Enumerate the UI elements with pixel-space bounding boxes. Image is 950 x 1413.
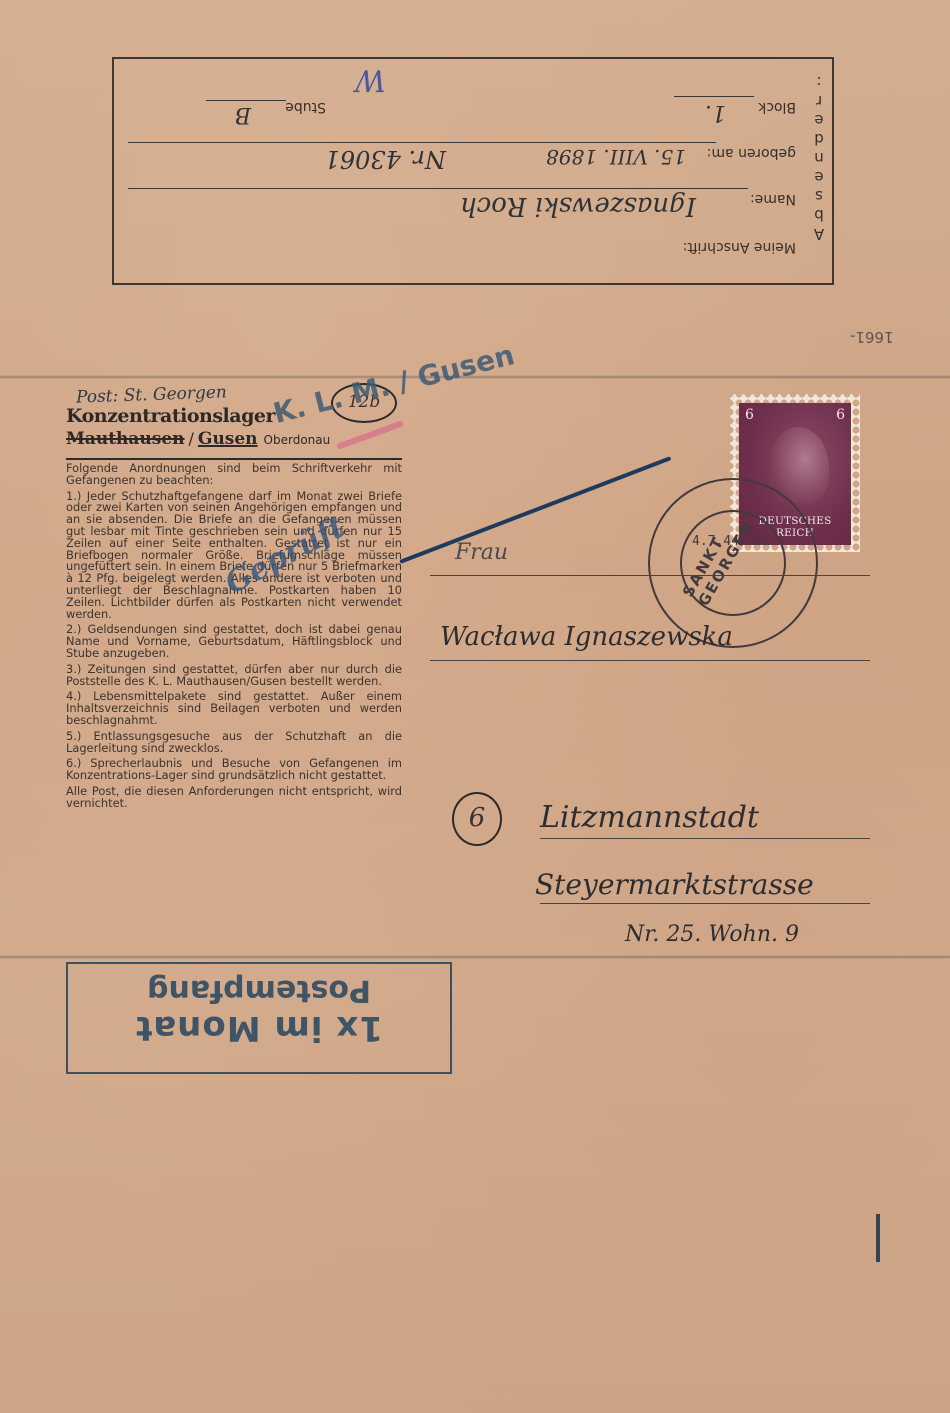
district-number: 6	[452, 792, 502, 846]
name-value: Ignaszewski Roch	[460, 191, 696, 221]
recipient-city: Litzmannstadt	[540, 800, 759, 835]
regulation-item: 6.) Sprecherlaubnis und Besuche von Gefa…	[66, 758, 402, 782]
stamp-denomination-left: 6	[745, 407, 754, 423]
sender-box: Absender: Meine Anschrift: Name: Ignasze…	[112, 57, 834, 285]
block-label: Block	[758, 99, 796, 115]
monthly-mail-stamp: 1x im Monat Postempfang	[66, 962, 452, 1074]
camp-name: Gusen	[198, 429, 258, 449]
name-label: Name:	[750, 191, 796, 207]
regulations-intro: Folgende Anordnungen sind beim Schriftve…	[66, 463, 402, 487]
block-value: 1.	[705, 100, 726, 125]
recipient-name: Wacława Ignaszewska	[440, 622, 733, 652]
recipient-street: Steyermarktstrasse	[535, 868, 814, 901]
regulation-item: 3.) Zeitungen sind gestattet, dürfen abe…	[66, 664, 402, 688]
monthly-stamp-line1: 1x im Monat	[68, 1008, 450, 1048]
room-value: B	[235, 102, 251, 127]
camp-title: Konzentrationslager	[66, 405, 275, 427]
divider	[66, 458, 402, 460]
region: Oberdonau	[264, 433, 331, 447]
room-label: Stube	[285, 99, 326, 115]
blue-check-mark: W	[355, 62, 386, 97]
address-label: Meine Anschrift:	[683, 239, 796, 255]
regulation-item: 1.) Jeder Schutzhaftgefangene darf im Mo…	[66, 491, 402, 621]
prisoner-number: Nr. 43061	[325, 145, 446, 173]
recipient-salutation: Frau	[455, 540, 508, 565]
regulations-text: Folgende Anordnungen sind beim Schriftve…	[66, 463, 402, 814]
fold-line	[0, 955, 950, 959]
postmark-date: 4.7.44.-12	[692, 534, 770, 549]
sender-heading: Absender:	[810, 72, 836, 243]
regulations-closing: Alle Post, die diesen Anforderungen nich…	[66, 786, 402, 810]
regulation-item: 2.) Geldsendungen sind gestattet, doch i…	[66, 624, 402, 659]
recipient-house-number: Nr. 25. Wohn. 9	[625, 922, 799, 947]
birth-label: geboren am:	[707, 145, 796, 161]
crossed-out-camp: Mauthausen	[66, 429, 185, 449]
camp-subtitle: Mauthausen/GusenOberdonau	[66, 429, 330, 449]
stamp-denomination-right: 6	[836, 407, 845, 423]
monthly-stamp-line2: Postempfang	[68, 973, 450, 1008]
regulation-item: 5.) Entlassungsgesuche aus der Schutzhaf…	[66, 731, 402, 755]
margin-ink-mark	[876, 1214, 880, 1262]
birth-value: 15. VIII. 1898	[546, 145, 686, 169]
regulation-item: 4.) Lebensmittelpakete sind gestattet. A…	[66, 691, 402, 726]
pencil-note: 1661-	[850, 328, 894, 346]
